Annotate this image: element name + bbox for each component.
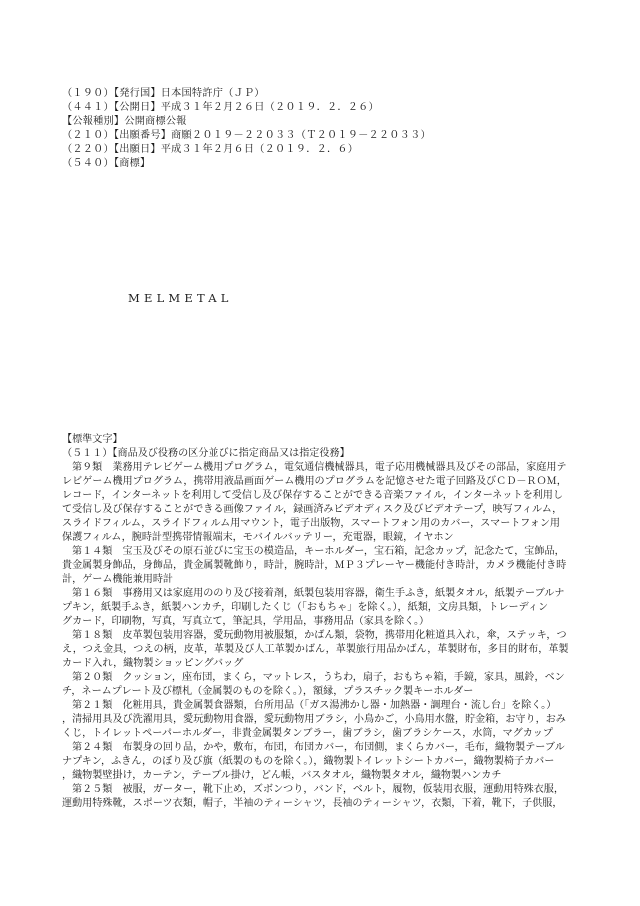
publication-date-line: （４４１）【公開日】平成３１年２月２６日（２０１９．２．２６） <box>62 101 379 115</box>
class-line: 第２５類 被服，ガーター，靴下止め，ズボンつり，バンド，ベルト，履物，仮装用衣服… <box>62 783 582 797</box>
class-line: ，清掃用具及び洗濯用具，愛玩動物用食器，愛玩動物用ブラシ，小鳥かご，小鳥用水盤，… <box>62 713 582 727</box>
class-line: カード入れ，織物製ショッピングバッグ <box>62 657 582 671</box>
class-line: 第２４類 布製身の回り品，かや，敷布，布団，布団カバー，布団側，まくらカバー，毛… <box>62 741 582 755</box>
class-line: くじ，トイレットペーパーホルダー，非貴金属製タンブラー，歯ブラシ，歯ブラシケース… <box>62 727 582 741</box>
class-line: 運動用特殊靴，スポーツ衣類，帽子，半袖のティーシャツ，長袖のティーシャツ，衣類，… <box>62 797 582 811</box>
class-line: ，織物製壁掛け，カーテン，テーブル掛け，どん帳，バスタオル，織物製タオル，織物製… <box>62 769 582 783</box>
class-line: え，つえ金具，つえの柄，皮革，革製及び人工革製かばん，革製旅行用品かばん，革製財… <box>62 643 582 657</box>
application-number-line: （２１０）【出願番号】商願２０１９－２２０３３（Ｔ２０１９－２２０３３） <box>62 129 431 143</box>
class-line: て受信し及び保存することができる画像ファイル，録画済みビデオディスク及びビデオテ… <box>62 503 582 517</box>
section-heading: （５１１）【商品及び役務の区分並びに指定商品又は指定役務】 <box>62 447 582 461</box>
class-line: 計，ゲーム機能兼用時計 <box>62 573 582 587</box>
class-line: 第２０類 クッション，座布団，まくら，マットレス，うちわ，扇子，おもちゃ箱，手鏡… <box>62 671 582 685</box>
class-line: スライドフィルム，スライドフィルム用マウント，電子出版物，スマートフォン用のカバ… <box>62 517 582 531</box>
class-line: 第１８類 皮革製包装用容器，愛玩動物用被服類，かばん類，袋物，携帯用化粧道具入れ… <box>62 629 582 643</box>
issuing-country-line: （１９０）【発行国】日本国特許庁（ＪＰ） <box>62 87 265 101</box>
class-line: 保護フィルム，腕時計型携帯情報端末，モバイルバッテリー，充電器，眼鏡，イヤホン <box>62 531 582 545</box>
class-line: 第２１類 化粧用具，貴金属製食器類，台所用品（「ガス湯沸かし器・加熱器・調理台・… <box>62 699 582 713</box>
class-line: 第１６類 事務用又は家庭用ののり及び接着剤，紙製包装用容器，衛生手ふき，紙製タオ… <box>62 587 582 601</box>
class-line: 第１４類 宝玉及びその原石並びに宝玉の模造品，キーホルダー，宝石箱，記念カップ，… <box>62 545 582 559</box>
class-line: レコード，インターネットを利用して受信し及び保存することができる音楽ファイル，イ… <box>62 489 582 503</box>
class-line: 第９類 業務用テレビゲーム機用プログラム，電気通信機械器具，電子応用機械器具及び… <box>62 461 582 475</box>
class-line: グカード，印刷物，写真，写真立て，筆記具，学用品，事務用品（家具を除く。） <box>62 615 582 629</box>
gazette-type-line: 【公報種別】公開商標公報 <box>62 115 187 129</box>
goods-services-section: 【標準文字】 （５１１）【商品及び役務の区分並びに指定商品又は指定役務】 第９類… <box>62 433 582 811</box>
application-date-line: （２２０）【出願日】平成３１年２月６日（２０１９．２．６） <box>62 143 358 157</box>
standard-characters-label: 【標準文字】 <box>62 433 582 447</box>
class-line: ナプキン，ふきん，のぼり及び旗（紙製のものを除く。），織物製トイレットシートカバ… <box>62 755 582 769</box>
trademark-text: MELMETAL <box>128 291 233 305</box>
trademark-label-line: （５４０）【商標】 <box>62 157 150 171</box>
class-line: 貴金属製身飾品，身飾品，貴金属製靴飾り，時計，腕時計，ＭＰ３プレーヤー機能付き時… <box>62 559 582 573</box>
class-line: レビゲーム機用プログラム，携帯用液晶画面ゲーム機用のプログラムを記憶させた電子回… <box>62 475 582 489</box>
class-line: プキン，紙製手ふき，紙製ハンカチ，印刷したくじ（「おもちゃ」を除く。），紙類，文… <box>62 601 582 615</box>
trademark-gazette-page: （１９０）【発行国】日本国特許庁（ＪＰ） （４４１）【公開日】平成３１年２月２６… <box>0 0 640 906</box>
class-line: チ，ネームプレート及び標札（金属製のものを除く。），額縁，プラスチック製キーホル… <box>62 685 582 699</box>
